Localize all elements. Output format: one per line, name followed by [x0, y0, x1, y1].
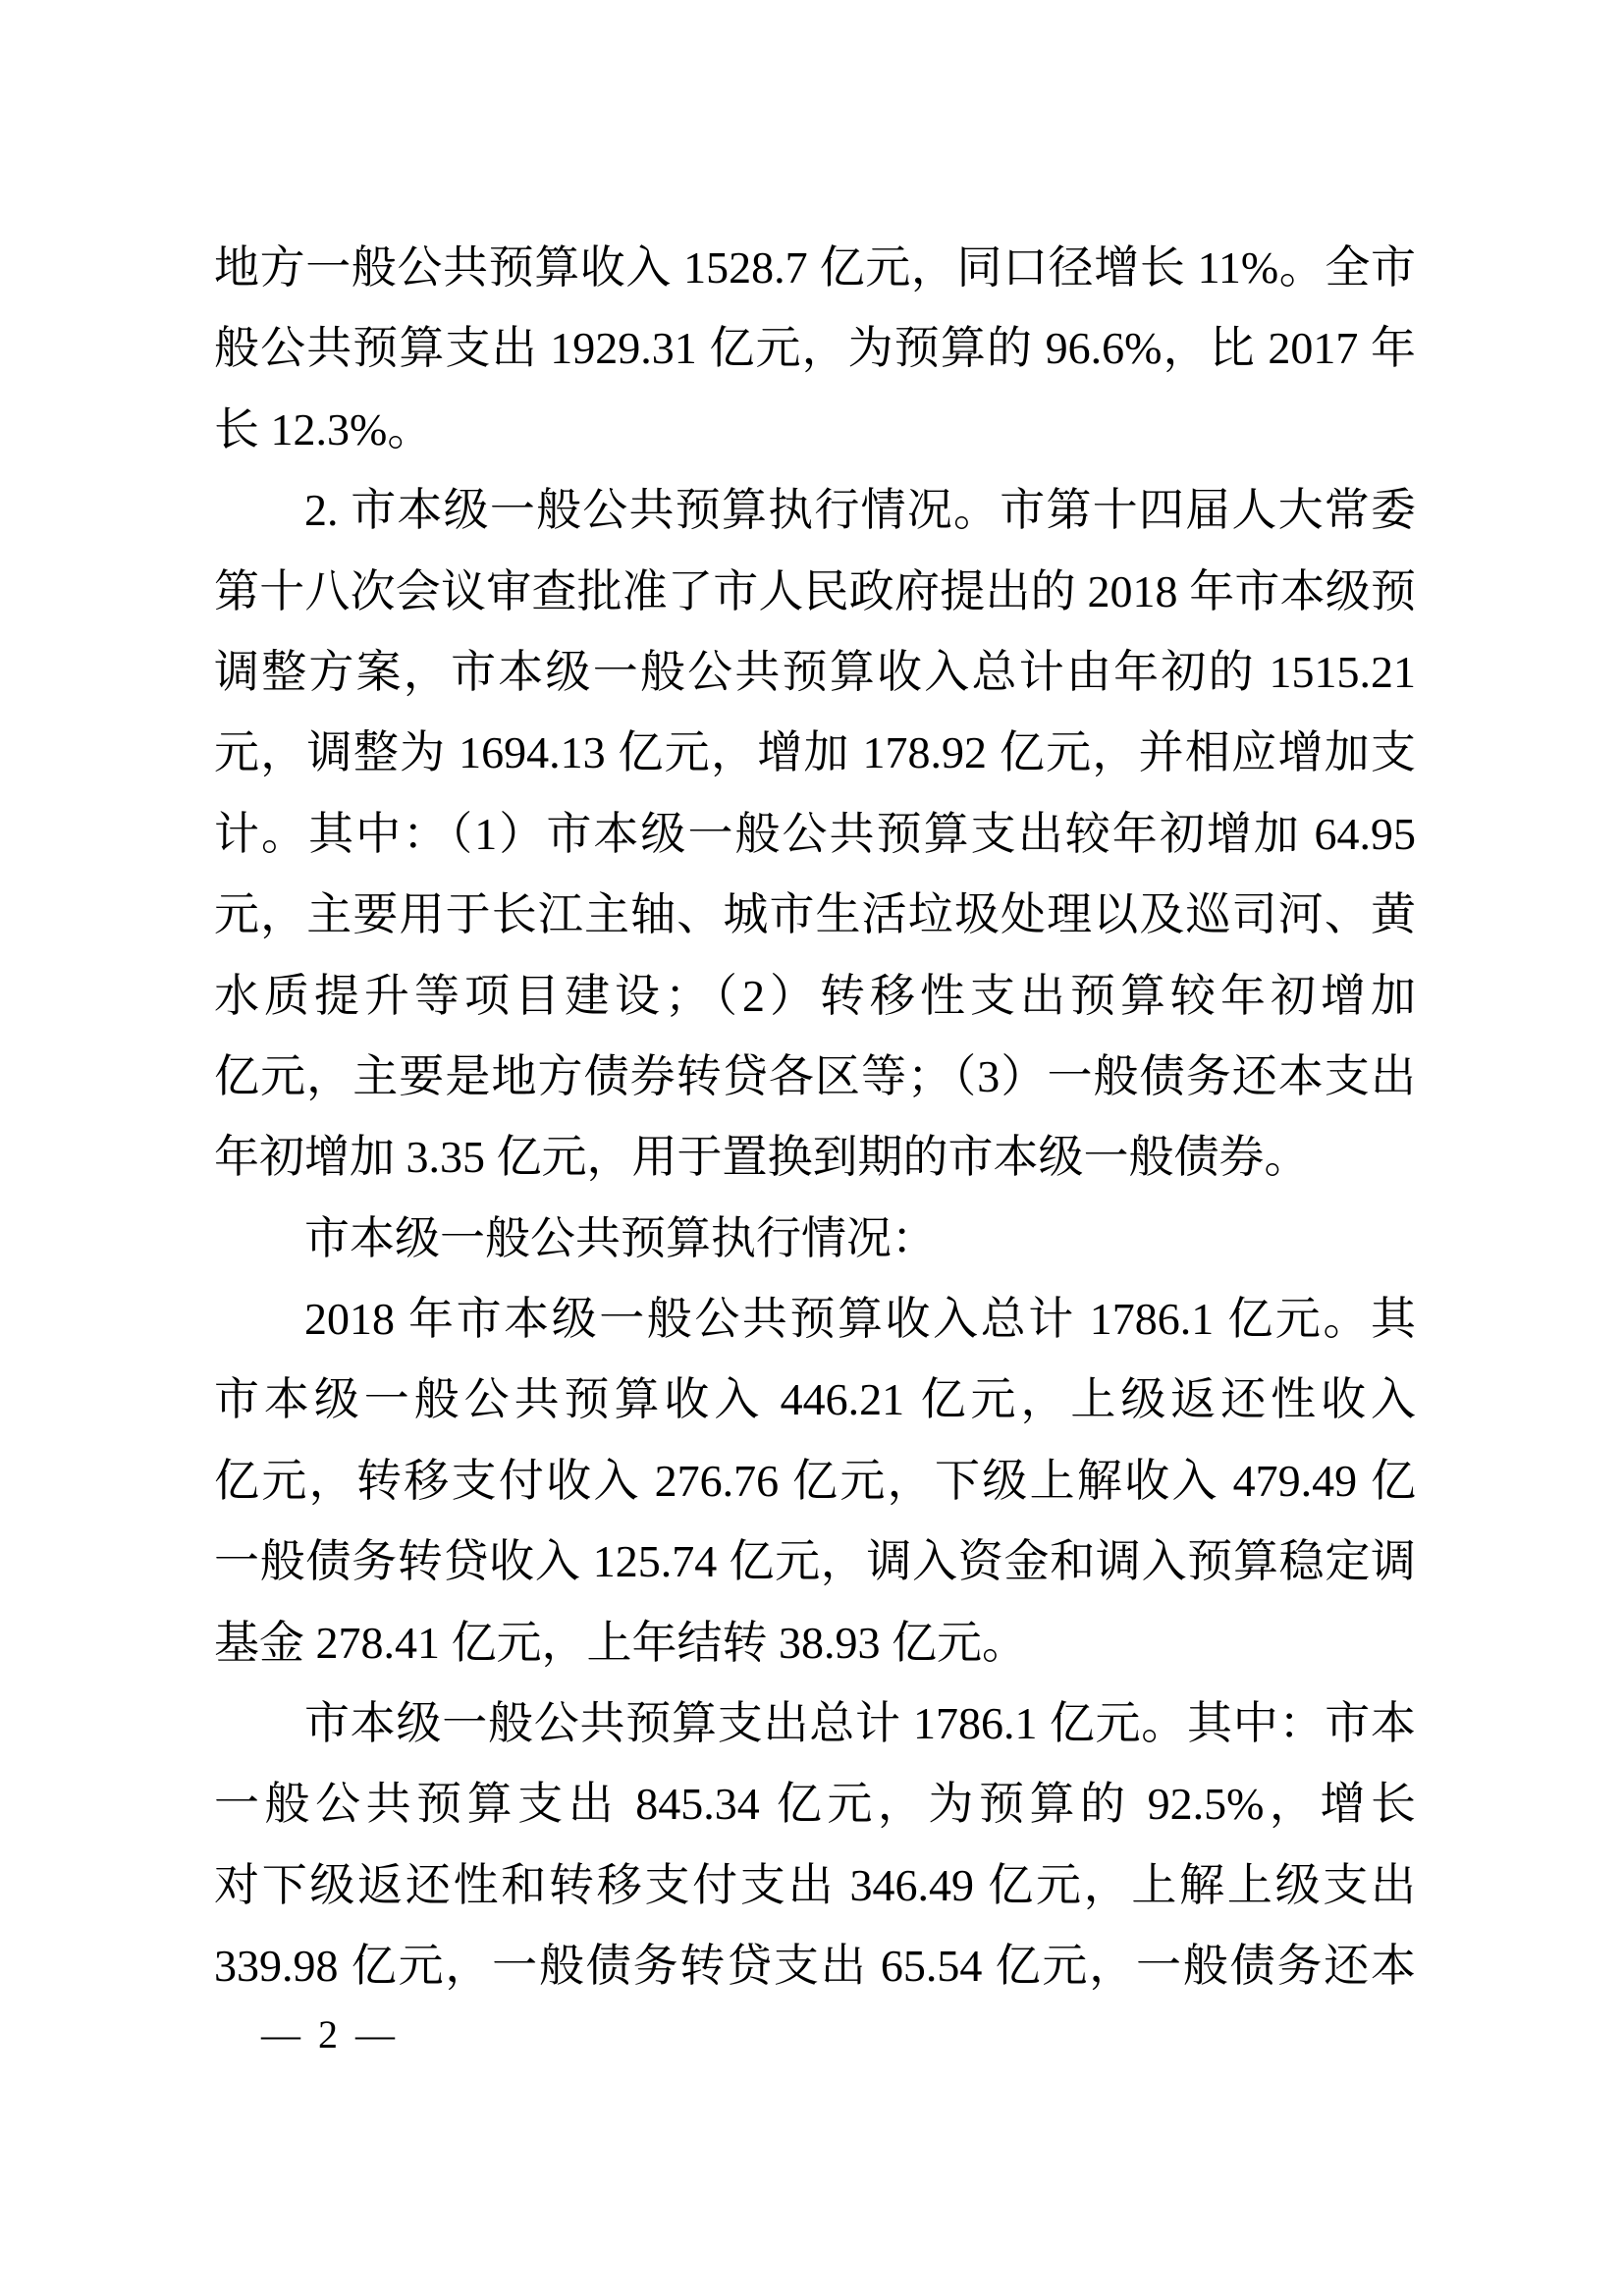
- page-number: — 2 —: [261, 2008, 399, 2061]
- text-line: 市本级一般公共预算支出总计 1786.1 亿元。其中：市本级: [214, 1683, 1416, 1764]
- text-line: 市本级一般公共预算执行情况：: [214, 1199, 1416, 1279]
- text-line: 长 12.3%。: [214, 390, 1416, 470]
- text-line: 水质提升等项目建设；（2）转移性支出预算较年初增加 110.62: [214, 956, 1416, 1037]
- text-line: 2. 市本级一般公共预算执行情况。市第十四届人大常委会: [214, 470, 1416, 551]
- text-line: 计。其中：（1）市本级一般公共预算支出较年初增加 64.95 亿: [214, 794, 1416, 875]
- text-line: 基金 278.41 亿元，上年结转 38.93 亿元。: [214, 1603, 1416, 1683]
- text-line: 般公共预算支出 1929.31 亿元，为预算的 96.6%，比 2017 年增: [214, 308, 1416, 389]
- document-page: 地方一般公共预算收入 1528.7 亿元，同口径增长 11%。全市一 般公共预算…: [0, 0, 1623, 2296]
- text-line: 一般债务转贷收入 125.74 亿元，调入资金和调入预算稳定调节: [214, 1522, 1416, 1602]
- text-line: 亿元，主要是地方债券转贷各区等；（3）一般债务还本支出较: [214, 1037, 1416, 1117]
- text-line: 地方一般公共预算收入 1528.7 亿元，同口径增长 11%。全市一: [214, 228, 1416, 308]
- text-line: 市本级一般公共预算收入 446.21 亿元，上级返还性收入 140.56: [214, 1360, 1416, 1440]
- text-line: 2018 年市本级一般公共预算收入总计 1786.1 亿元。其中：: [214, 1279, 1416, 1360]
- text-line: 对下级返还性和转移支付支出 346.49 亿元，上解上级支出: [214, 1845, 1416, 1926]
- text-line: 元，调整为 1694.13 亿元，增加 178.92 亿元，并相应增加支出总: [214, 713, 1416, 793]
- text-line: 339.98 亿元，一般债务转贷支出 65.54 亿元，一般债务还本支出: [214, 1926, 1416, 2006]
- body-text: 地方一般公共预算收入 1528.7 亿元，同口径增长 11%。全市一 般公共预算…: [214, 228, 1416, 2007]
- text-line: 年初增加 3.35 亿元，用于置换到期的市本级一般债券。: [214, 1117, 1416, 1198]
- text-line: 一般公共预算支出 845.34 亿元，为预算的 92.5%，增长 10.1%；: [214, 1764, 1416, 1844]
- text-line: 亿元，转移支付收入 276.76 亿元，下级上解收入 479.49 亿元，: [214, 1441, 1416, 1522]
- text-line: 元，主要用于长江主轴、城市生活垃圾处理以及巡司河、黄孝河: [214, 875, 1416, 955]
- text-line: 第十八次会议审查批准了市人民政府提出的 2018 年市本级预算: [214, 552, 1416, 632]
- text-line: 调整方案，市本级一般公共预算收入总计由年初的 1515.21 亿: [214, 632, 1416, 713]
